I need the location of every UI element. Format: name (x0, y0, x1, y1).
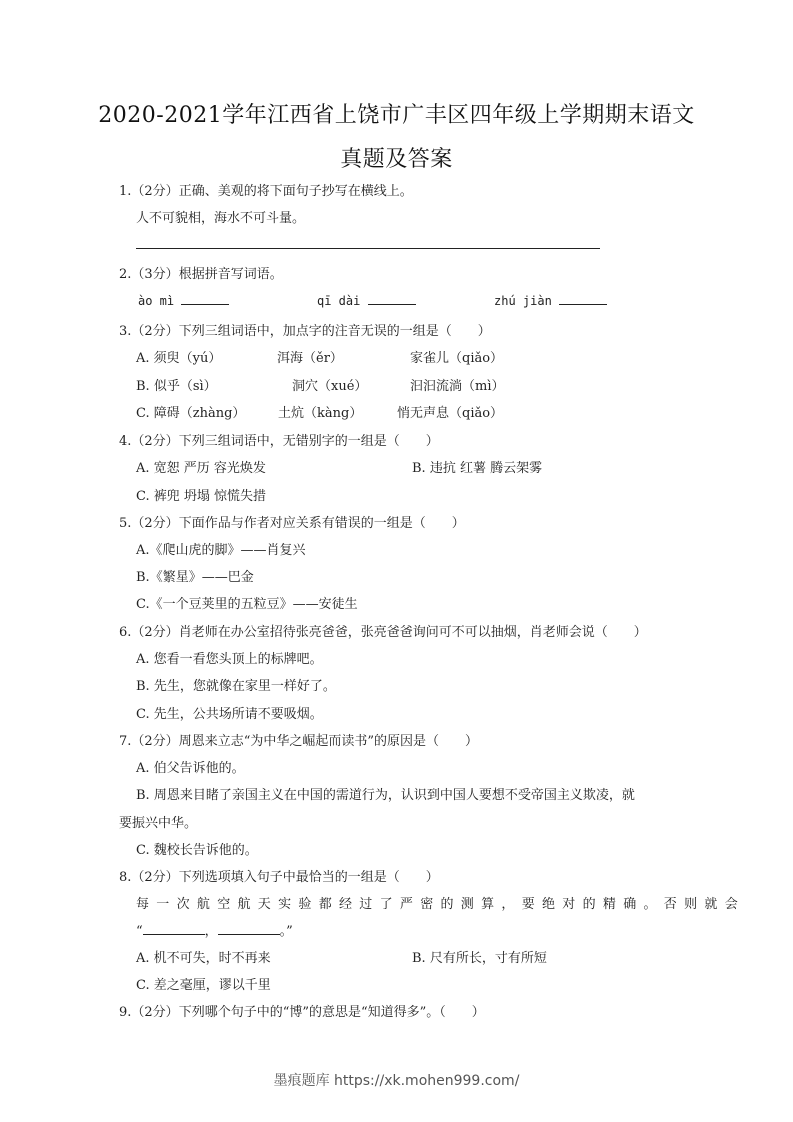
question-7: 7.（2分）周恩来立志“为中华之崛起而读书”的原因是（ ） (119, 730, 478, 749)
title-line-1: 2020-2021学年江西省上饶市广丰区四年级上学期期末语文 (0, 98, 793, 129)
option-3a[interactable]: A. 须臾（yú） (136, 347, 221, 366)
option-4b[interactable]: B. 违抗 红薯 腾云架雾 (412, 457, 542, 476)
option-7c[interactable]: C. 魏校长告诉他的。 (136, 839, 258, 858)
option-3b-item-2: 洞穴（xué） (292, 375, 367, 394)
option-3c-item-3: 悄无声息（qiǎo） (397, 402, 503, 421)
answer-blank[interactable] (143, 922, 205, 935)
option-6a[interactable]: A. 您看一看您头顶上的标牌吧。 (136, 648, 323, 667)
question-1-sentence: 人不可貌相，海水不可斗量。 (136, 207, 305, 226)
pinyin-item-2: qī dài (317, 292, 416, 308)
option-5c[interactable]: C.《一个豆荚里的五粒豆》——安徒生 (136, 593, 358, 612)
footer-watermark: 墨痕题库 https://xk.mohen999.com/ (0, 1070, 793, 1090)
pinyin-item-3: zhú jiàn (494, 292, 607, 308)
option-8c[interactable]: C. 差之毫厘，谬以千里 (136, 974, 271, 993)
answer-blank[interactable] (368, 292, 416, 305)
option-3a-item-3: 家雀儿（qiǎo） (410, 347, 503, 366)
question-3: 3.（2分）下列三组词语中，加点字的注音无误的一组是（ ） (119, 320, 491, 339)
option-7b[interactable]: B. 周恩来目睹了亲国主义在中国的需道行为，认识到中国人要想不受帝国主义欺凌，就 (136, 784, 635, 803)
option-7a[interactable]: A. 伯父告诉他的。 (136, 757, 245, 776)
title-line-2: 真题及答案 (0, 142, 793, 173)
option-7b-continued: 要振兴中华。 (119, 812, 197, 831)
question-4: 4.（2分）下列三组词语中，无错别字的一组是（ ） (119, 430, 439, 449)
pinyin-item-1: ào mì (138, 292, 229, 308)
question-6: 6.（2分）肖老师在办公室招待张亮爸爸，张亮爸爸询问可不可以抽烟，肖老师会说（ … (119, 621, 647, 640)
option-8a[interactable]: A. 机不可失，时不再来 (136, 947, 271, 966)
answer-line[interactable] (136, 248, 600, 249)
question-1: 1.（2分）正确、美观的将下面句子抄写在横线上。 (119, 180, 413, 199)
option-5a[interactable]: A.《爬山虎的脚》——肖复兴 (136, 539, 306, 558)
option-8b[interactable]: B. 尺有所长，寸有所短 (412, 947, 547, 966)
question-9: 9.（2分）下列哪个句子中的“博”的意思是“知道得多”。（ ） (119, 1001, 485, 1020)
question-2: 2.（3分）根据拼音写词语。 (119, 263, 283, 282)
option-4c[interactable]: C. 裤兜 坍塌 惊慌失措 (136, 485, 266, 504)
option-3c-item-2: 土炕（kàng） (278, 402, 362, 421)
option-6b[interactable]: B. 先生，您就像在家里一样好了。 (136, 675, 336, 694)
option-3a-item-2: 洱海（ěr） (277, 347, 343, 366)
question-8: 8.（2分）下列选项填入句子中最恰当的一组是（ ） (119, 866, 439, 885)
answer-blank[interactable] (559, 292, 607, 305)
question-8-sentence: 每一次航空航天实验都经过了严密的测算，要绝对的精确。否则就会 (136, 893, 745, 912)
question-5: 5.（2分）下面作品与作者对应关系有错误的一组是（ ） (119, 512, 465, 531)
answer-blank[interactable] (181, 292, 229, 305)
option-6c[interactable]: C. 先生，公共场所请不要吸烟。 (136, 703, 323, 722)
question-8-blanks: “，。” (136, 920, 293, 939)
option-5b[interactable]: B.《繁星》——巴金 (136, 566, 254, 585)
answer-blank[interactable] (218, 922, 280, 935)
option-4a[interactable]: A. 宽恕 严历 容光焕发 (136, 457, 266, 476)
option-3c[interactable]: C. 障碍（zhàng） (136, 402, 245, 421)
option-3b-item-3: 汩汩流淌（mì） (410, 375, 505, 394)
option-3b[interactable]: B. 似乎（sì） (136, 375, 217, 394)
